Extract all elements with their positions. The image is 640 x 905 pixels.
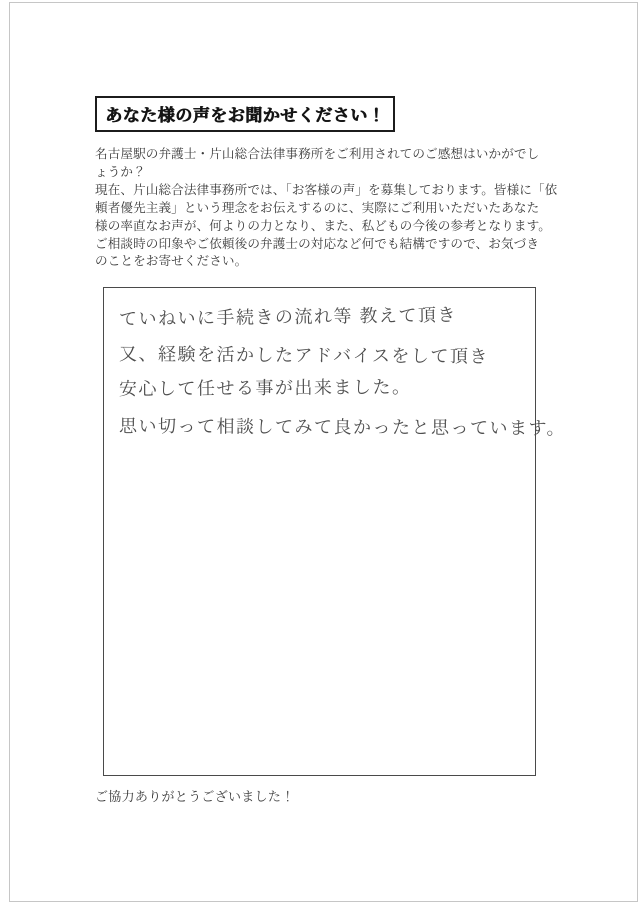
handwritten-line-3: 安心して任せる事が出来ました。 bbox=[119, 369, 525, 407]
intro-line-2: ょうか？ bbox=[95, 164, 555, 182]
thanks-note: ご協力ありがとうございました！ bbox=[95, 786, 295, 805]
page-title-box: あなた様の声をお聞かせください！ bbox=[95, 96, 395, 132]
intro-paragraph: 名古屋駅の弁護士・片山総合法律事務所をご利用されてのご感想はいかがでし ょうか？… bbox=[95, 146, 555, 271]
scanned-feedback-document: あなた様の声をお聞かせください！ 名古屋駅の弁護士・片山総合法律事務所をご利用さ… bbox=[0, 0, 640, 905]
intro-line-5: 様の率直なお声が、何よりの力となり、また、私どもの今後の参考となります。 bbox=[95, 218, 555, 236]
intro-line-7: のことをお寄せください。 bbox=[95, 253, 555, 271]
intro-line-6: ご相談時の印象やご依頼後の弁護士の対応など何でも結構ですので、お気づき bbox=[95, 236, 555, 254]
intro-line-4: 頼者優先主義」という理念をお伝えするのに、実際にご利用いただいたあなた bbox=[95, 200, 555, 218]
customer-comment-box: ていねいに手続きの流れ等 教えて頂き 又、経験を活かしたアドバイスをして頂き 安… bbox=[103, 287, 536, 776]
page-title: あなた様の声をお聞かせください！ bbox=[105, 106, 385, 125]
handwritten-line-4: 思い切って相談してみて良かったと思っています。 bbox=[119, 409, 525, 446]
intro-line-1: 名古屋駅の弁護士・片山総合法律事務所をご利用されてのご感想はいかがでし bbox=[95, 146, 555, 164]
intro-line-3: 現在、片山総合法律事務所では、「お客様の声」を募集しております。皆様に「依 bbox=[95, 182, 555, 200]
handwritten-line-1: ていねいに手続きの流れ等 教えて頂き bbox=[119, 297, 525, 337]
